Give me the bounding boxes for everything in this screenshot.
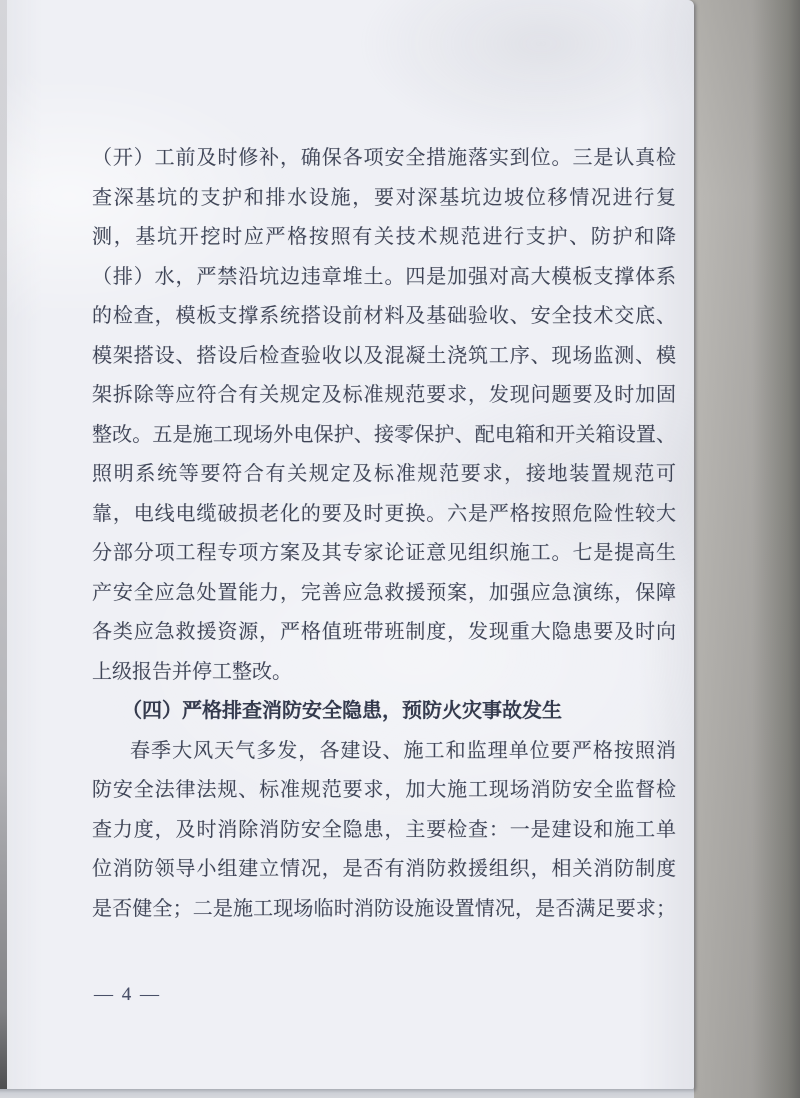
scan-left-edge-shadow xyxy=(0,0,7,1098)
text-line: 产安全应急处置能力，完善应急救援预案，加强应急演练，保障 xyxy=(92,574,676,614)
text-line: 靠，电线电缆破损老化的要及时更换。六是严格按照危险性较大 xyxy=(92,495,676,535)
text-line: 分部分项工程专项方案及其专家论证意见组织施工。七是提高生 xyxy=(92,534,676,574)
page-sheet: （开）工前及时修补，确保各项安全措施落实到位。三是认真检 查深基坑的支护和排水设… xyxy=(0,0,694,1091)
text-line: 测，基坑开挖时应严格按照有关技术规范进行支护、防护和降 xyxy=(92,218,676,258)
text-line: （排）水，严禁沿坑边违章堆土。四是加强对高大模板支撑体系 xyxy=(92,258,676,298)
text-line: 照明系统等要符合有关规定及标准规范要求，接地装置规范可 xyxy=(92,455,676,495)
backing-sheet-shade xyxy=(688,0,800,1098)
text-block: （开）工前及时修补，确保各项安全措施落实到位。三是认真检 查深基坑的支护和排水设… xyxy=(92,139,676,929)
page-number: — 4 — xyxy=(94,983,161,1007)
scanned-document: （开）工前及时修补，确保各项安全措施落实到位。三是认真检 查深基坑的支护和排水设… xyxy=(0,0,800,1098)
text-line: 查深基坑的支护和排水设施，要对深基坑边坡位移情况进行复 xyxy=(92,179,676,219)
text-line: 春季大风天气多发，各建设、施工和监理单位要严格按照消 xyxy=(92,732,676,772)
text-line: 架拆除等应符合有关规定及标准规范要求，发现问题要及时加固 xyxy=(92,376,676,416)
text-line: 防安全法律法规、标准规范要求，加大施工现场消防安全监督检 xyxy=(92,771,676,811)
text-line: 是否健全；二是施工现场临时消防设施设置情况，是否满足要求； xyxy=(92,890,676,930)
text-line: 各类应急救援资源，严格值班带班制度，发现重大隐患要及时向 xyxy=(92,613,676,653)
text-line: 模架搭设、搭设后检查验收以及混凝土浇筑工序、现场监测、模 xyxy=(92,337,676,377)
text-line: 查力度，及时消除消防安全隐患，主要检查：一是建设和施工单 xyxy=(92,811,676,851)
text-line: （开）工前及时修补，确保各项安全措施落实到位。三是认真检 xyxy=(92,139,676,179)
section-heading: （四）严格排查消防安全隐患，预防火灾事故发生 xyxy=(92,692,676,732)
text-line: 的检查，模板支撑系统搭设前材料及基础验收、安全技术交底、 xyxy=(92,297,676,337)
text-line: 上级报告并停工整改。 xyxy=(92,653,676,693)
text-line: 整改。五是施工现场外电保护、接零保护、配电箱和开关箱设置、 xyxy=(92,416,676,456)
text-line: 位消防领导小组建立情况，是否有消防救援组织，相关消防制度 xyxy=(92,850,676,890)
scan-bottom-edge-shadow xyxy=(0,1089,694,1098)
